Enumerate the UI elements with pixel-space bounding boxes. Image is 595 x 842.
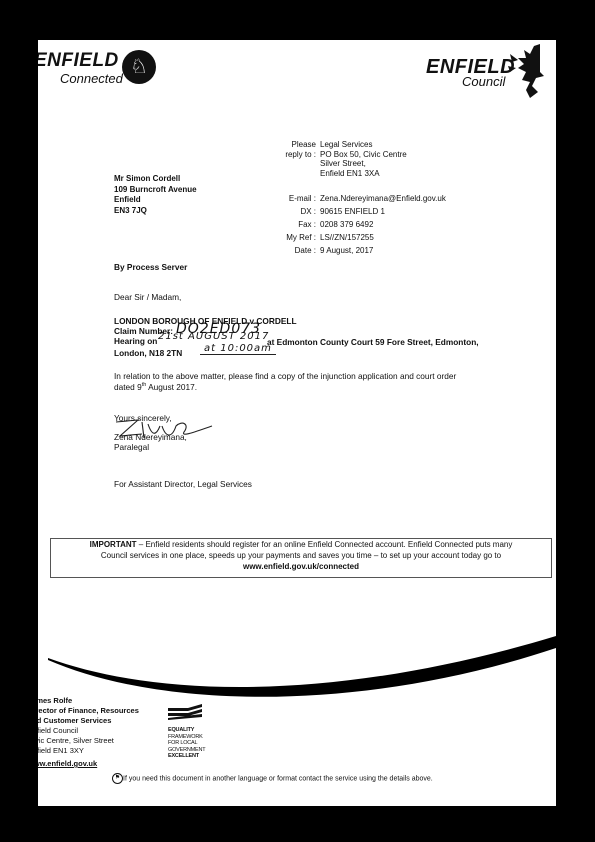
recipient-town: Enfield <box>114 195 197 206</box>
reply-line: Silver Street, <box>320 159 366 169</box>
reply-label-1: Please <box>256 140 316 150</box>
salutation: Dear Sir / Madam, <box>114 292 181 302</box>
recipient-postcode: EN3 7JQ <box>114 206 197 217</box>
important-notice: IMPORTANT – Enfield residents should reg… <box>50 538 552 578</box>
footer-org: Enfield Council <box>38 726 139 736</box>
on-behalf-of: For Assistant Director, Legal Services <box>114 479 252 489</box>
signatory-name: Zena Ndereyimana, <box>114 432 187 442</box>
delivery-method: By Process Server <box>114 262 187 272</box>
accessibility-icon: ⚑ <box>112 773 123 784</box>
signatory-role: Paralegal <box>114 442 149 452</box>
hearing-location-line2: London, N18 2TN <box>114 348 182 358</box>
body-line-2: dated 9th August 2017. <box>114 382 197 392</box>
reply-line: Legal Services <box>320 140 372 150</box>
reply-line: PO Box 50, Civic Centre <box>320 150 407 160</box>
footer-name: James Rolfe <box>38 696 139 706</box>
council-crest-icon <box>504 42 554 102</box>
reply-line: Enfield EN1 3XA <box>320 169 380 179</box>
accessibility-note: ⚑If you need this document in another la… <box>112 773 433 784</box>
important-label: IMPORTANT <box>90 540 137 549</box>
logo-subtitle: Connected <box>60 71 123 86</box>
hearing-label: Hearing on <box>114 336 157 346</box>
logo-wordmark: ENFIELD <box>38 50 119 72</box>
recipient-name: Mr Simon Cordell <box>114 174 197 185</box>
equality-stripes-icon <box>168 704 204 720</box>
letter-page: ENFIELD Connected ♘ ENFIELD Council Plea… <box>38 40 556 806</box>
hearing-time-handwritten: at 10:00am <box>200 343 276 355</box>
recipient-street: 109 Burncroft Avenue <box>114 185 197 196</box>
hearing-date-handwritten: 21st AUGUST 2017 <box>158 331 269 342</box>
logo-subtitle: Council <box>462 74 505 89</box>
body-line-1: In relation to the above matter, please … <box>114 371 456 381</box>
lion-crest-icon: ♘ <box>122 50 156 84</box>
footer-address-1: Civic Centre, Silver Street <box>38 736 139 746</box>
footer-title-1: Director of Finance, Resources <box>38 706 139 716</box>
footer-website[interactable]: www.enfield.gov.uk <box>38 759 139 769</box>
connected-link[interactable]: www.enfield.gov.uk/connected <box>51 561 551 572</box>
hearing-location: at Edmonton County Court 59 Fore Street,… <box>267 337 479 347</box>
equality-framework-badge: EQUALITY FRAMEWORK FOR LOCAL GOVERNMENT … <box>168 704 205 760</box>
footer-swoosh <box>38 630 556 700</box>
recipient-address: Mr Simon Cordell 109 Burncroft Avenue En… <box>114 174 197 216</box>
footer-address-2: Enfield EN1 3XY <box>38 746 139 756</box>
reply-label-2: reply to : <box>256 150 316 160</box>
footer-title-2: and Customer Services <box>38 716 139 726</box>
footer-signatory: James Rolfe Director of Finance, Resourc… <box>38 696 139 769</box>
